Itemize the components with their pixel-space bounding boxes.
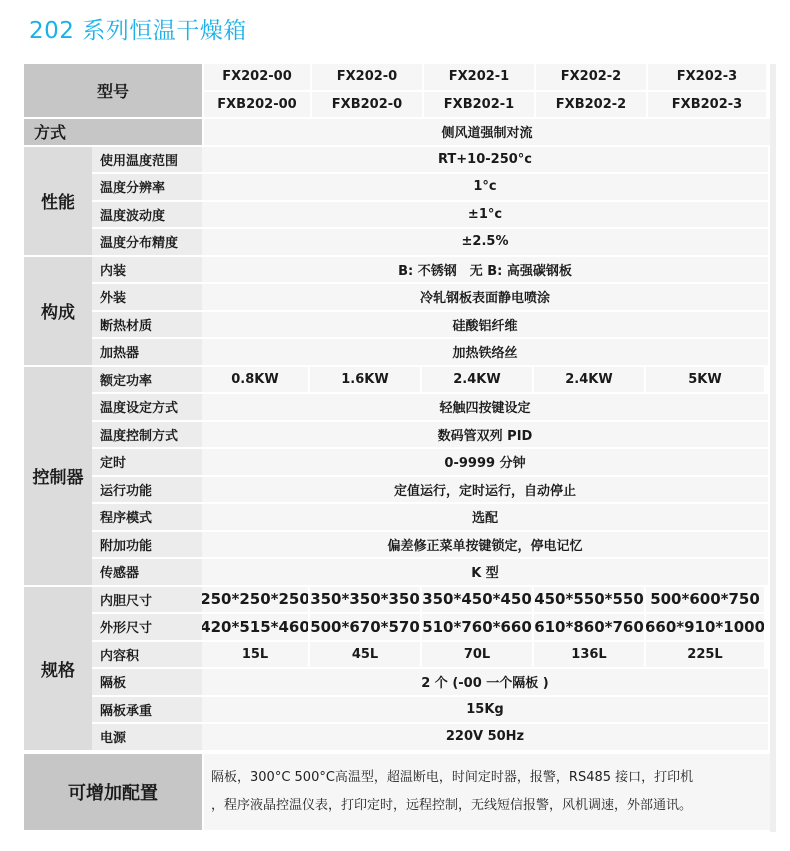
- table-row: 温度分布精度 ±2.5%: [92, 229, 770, 255]
- table-row: 电源 220V 50Hz: [92, 724, 770, 750]
- table-row: 内装 B: 不锈钢 无 B: 高强碳钢板: [92, 257, 770, 283]
- row-label: 附加功能: [92, 532, 202, 558]
- outer-size-value: 660*910*1000: [646, 614, 764, 640]
- row-value: 2 个 (-00 一个隔板 ): [202, 669, 768, 695]
- row-value: K 型: [202, 559, 768, 585]
- table-row: 附加功能 偏差修正菜单按键锁定，停电记忆: [92, 532, 770, 558]
- performance-label: 性能: [24, 147, 92, 255]
- table-row: 内胆尺寸 250*250*250 350*350*350 350*450*450…: [92, 587, 770, 613]
- row-value: 选配: [202, 504, 768, 530]
- model-label: 型号: [24, 64, 202, 117]
- row-label: 温度设定方式: [92, 394, 202, 420]
- model-fx: FX202-3: [648, 64, 766, 90]
- row-value: 15Kg: [202, 697, 768, 723]
- row-label: 温度波动度: [92, 202, 202, 228]
- row-value: RT+10-250°c: [202, 147, 768, 173]
- table-row: 温度分辨率 1°c: [92, 174, 770, 200]
- model-fx: FX202-1: [424, 64, 536, 90]
- options-text: 隔板，300°C 500°C高温型，超温断电，时间定时器，报警，RS485 接口…: [204, 754, 770, 830]
- volume-value: 15L: [202, 642, 310, 668]
- row-value: ±2.5%: [202, 229, 768, 255]
- method-label: 方式: [24, 119, 202, 145]
- model-fx: FX202-0: [312, 64, 424, 90]
- outer-size-value: 420*515*460: [202, 614, 310, 640]
- specs-group: 规格 内胆尺寸 250*250*250 350*350*350 350*450*…: [24, 587, 770, 750]
- volume-value: 70L: [422, 642, 534, 668]
- inner-size-value: 450*550*550: [534, 587, 646, 613]
- inner-size-value: 350*450*450: [422, 587, 534, 613]
- volume-value: 225L: [646, 642, 764, 668]
- table-row: 运行功能 定值运行，定时运行，自动停止: [92, 477, 770, 503]
- table-row: 程序模式 选配: [92, 504, 770, 530]
- row-label: 断热材质: [92, 312, 202, 338]
- row-value: B: 不锈钢 无 B: 高强碳钢板: [202, 257, 768, 283]
- options-line-1: 隔板，300°C 500°C高温型，超温断电，时间定时器，报警，RS485 接口…: [211, 764, 770, 792]
- row-label: 内装: [92, 257, 202, 283]
- row-label: 温度控制方式: [92, 422, 202, 448]
- volume-value: 136L: [534, 642, 646, 668]
- row-value: 1°c: [202, 174, 768, 200]
- table-row: 内容积 15L 45L 70L 136L 225L: [92, 642, 770, 668]
- table-row: 加热器 加热铁络丝: [92, 339, 770, 365]
- construction-group: 构成 内装 B: 不锈钢 无 B: 高强碳钢板 外装 冷轧钢板表面静电喷涂 断热…: [24, 257, 770, 365]
- specs-label: 规格: [24, 587, 92, 750]
- row-label: 外装: [92, 284, 202, 310]
- outer-size-value: 500*670*570: [310, 614, 422, 640]
- model-fxb: FXB202-0: [312, 92, 424, 118]
- row-label: 温度分辨率: [92, 174, 202, 200]
- model-fxb: FXB202-1: [424, 92, 536, 118]
- row-value: 硅酸铝纤维: [202, 312, 768, 338]
- row-label: 程序模式: [92, 504, 202, 530]
- row-value: 加热铁络丝: [202, 339, 768, 365]
- inner-size-value: 250*250*250: [202, 587, 310, 613]
- row-label: 电源: [92, 724, 202, 750]
- row-label: 内容积: [92, 642, 202, 668]
- table-row: 温度控制方式 数码管双列 PID: [92, 422, 770, 448]
- outer-size-value: 510*760*660: [422, 614, 534, 640]
- table-row: 使用温度范围 RT+10-250°c: [92, 147, 770, 173]
- model-header: 型号 FX202-00 FX202-0 FX202-1 FX202-2 FX20…: [24, 64, 770, 117]
- row-value: 数码管双列 PID: [202, 422, 768, 448]
- power-value: 2.4KW: [422, 367, 534, 393]
- controller-label: 控制器: [24, 367, 92, 585]
- spec-table: 型号 FX202-00 FX202-0 FX202-1 FX202-2 FX20…: [24, 64, 770, 830]
- row-value: 轻触四按键设定: [202, 394, 768, 420]
- table-row: 外装 冷轧钢板表面静电喷涂: [92, 284, 770, 310]
- row-label: 传感器: [92, 559, 202, 585]
- table-row: 外形尺寸 420*515*460 500*670*570 510*760*660…: [92, 614, 770, 640]
- row-value: 冷轧钢板表面静电喷涂: [202, 284, 768, 310]
- method-row: 方式 侧风道强制对流: [24, 119, 770, 145]
- table-row: 隔板承重 15Kg: [92, 697, 770, 723]
- row-label: 内胆尺寸: [92, 587, 202, 613]
- row-label: 外形尺寸: [92, 614, 202, 640]
- performance-group: 性能 使用温度范围 RT+10-250°c 温度分辨率 1°c 温度波动度 ±1…: [24, 147, 770, 255]
- table-row: 温度波动度 ±1°c: [92, 202, 770, 228]
- power-value: 0.8KW: [202, 367, 310, 393]
- inner-size-value: 500*600*750: [646, 587, 764, 613]
- page-title: 202 系列恒温干燥箱: [29, 12, 247, 45]
- model-fx: FX202-2: [536, 64, 648, 90]
- row-label: 定时: [92, 449, 202, 475]
- model-fxb: FXB202-3: [648, 92, 766, 118]
- power-value: 2.4KW: [534, 367, 646, 393]
- row-value: 0-9999 分钟: [202, 449, 768, 475]
- table-row: 额定功率 0.8KW 1.6KW 2.4KW 2.4KW 5KW: [92, 367, 770, 393]
- options-label: 可增加配置: [24, 754, 202, 830]
- options-line-2: ，程序液晶控温仪表，打印定时，远程控制，无线短信报警，风机调速，外部通讯。: [211, 792, 770, 820]
- model-fx: FX202-00: [204, 64, 312, 90]
- model-fxb: FXB202-00: [204, 92, 312, 118]
- row-value: ±1°c: [202, 202, 768, 228]
- row-value: 220V 50Hz: [202, 724, 768, 750]
- row-label: 使用温度范围: [92, 147, 202, 173]
- power-value: 5KW: [646, 367, 764, 393]
- table-row: 定时 0-9999 分钟: [92, 449, 770, 475]
- row-label: 隔板承重: [92, 697, 202, 723]
- row-label: 运行功能: [92, 477, 202, 503]
- row-label: 额定功率: [92, 367, 202, 393]
- power-value: 1.6KW: [310, 367, 422, 393]
- table-edge: [770, 64, 776, 832]
- outer-size-value: 610*860*760: [534, 614, 646, 640]
- method-value: 侧风道强制对流: [204, 119, 770, 145]
- row-label: 温度分布精度: [92, 229, 202, 255]
- row-value: 偏差修正菜单按键锁定，停电记忆: [202, 532, 768, 558]
- inner-size-value: 350*350*350: [310, 587, 422, 613]
- row-value: 定值运行，定时运行，自动停止: [202, 477, 768, 503]
- row-label: 隔板: [92, 669, 202, 695]
- row-label: 加热器: [92, 339, 202, 365]
- table-row: 温度设定方式 轻触四按键设定: [92, 394, 770, 420]
- table-row: 断热材质 硅酸铝纤维: [92, 312, 770, 338]
- model-fxb: FXB202-2: [536, 92, 648, 118]
- construction-label: 构成: [24, 257, 92, 365]
- table-row: 传感器 K 型: [92, 559, 770, 585]
- volume-value: 45L: [310, 642, 422, 668]
- controller-group: 控制器 额定功率 0.8KW 1.6KW 2.4KW 2.4KW 5KW 温度设…: [24, 367, 770, 585]
- table-row: 隔板 2 个 (-00 一个隔板 ): [92, 669, 770, 695]
- options-row: 可增加配置 隔板，300°C 500°C高温型，超温断电，时间定时器，报警，RS…: [24, 754, 770, 830]
